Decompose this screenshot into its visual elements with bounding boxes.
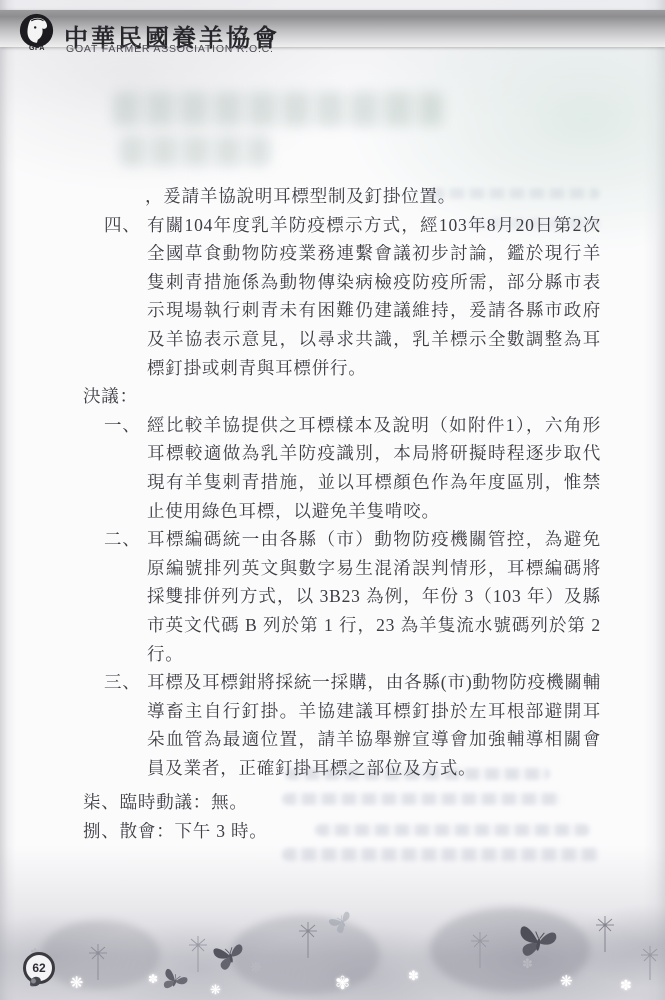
resolution-item-1-number: 一、 — [104, 411, 147, 525]
agenda-item-4-text: 有關104年度乳羊防疫標示方式，經103年8月20日第2次全國草食動物防疫業務連… — [147, 211, 601, 383]
floral-clump — [430, 907, 590, 992]
flower-sparkle-icon: ❋ — [70, 973, 83, 992]
agenda-item-4-number: 四、 — [104, 211, 147, 383]
gfa-goat-logo-icon — [19, 13, 54, 48]
resolution-item-3-number: 三、 — [104, 668, 147, 782]
dandelion-icon — [595, 914, 617, 958]
document-body: ，爰請羊協說明耳標型制及釘掛位置。 四、 有關104年度乳羊防疫標示方式，經10… — [83, 182, 601, 846]
bleedthrough-title-artifact — [113, 92, 443, 126]
dandelion-icon — [640, 944, 658, 980]
flower-sparkle-icon: ✽ — [620, 978, 632, 994]
dandelion-icon — [298, 920, 318, 960]
dandelion-icon — [188, 934, 208, 974]
resolution-heading: 決議： — [83, 382, 601, 411]
motions-line: 柒、臨時動議：無。 — [83, 788, 601, 817]
bleedthrough-text-artifact — [282, 848, 600, 861]
butterfly-icon — [211, 937, 250, 976]
resolution-item-3-text: 耳標及耳標鉗將採統一採購，由各縣(市)動物防疫機關輔導畜主自行釘掛。羊協建議耳標… — [147, 668, 601, 782]
butterfly-icon — [326, 906, 359, 939]
resolution-item-2-number: 二、 — [104, 525, 147, 668]
resolution-item-1: 一、 經比較羊協提供之耳標樣本及說明（如附件1），六角形耳標較適做為乳羊防疫識別… — [104, 411, 601, 525]
floral-clump — [40, 920, 160, 990]
flower-sparkle-icon: ✽ — [148, 972, 158, 986]
bleedthrough-title-artifact — [120, 136, 270, 166]
flower-sparkle-icon: ❋ — [250, 960, 262, 976]
scanned-document-page: GFA 中華民國養羊協會 GOAT FARMER ASSOCIATION R.O… — [0, 0, 665, 1000]
resolution-item-2: 二、 耳標編碼統一由各縣（市）動物防疫機關管控，為避免原編號排列英文與數字易生混… — [104, 525, 601, 668]
floral-clump — [230, 915, 380, 995]
flower-sparkle-icon: ✾ — [335, 973, 350, 994]
adjournment-line: 捌、散會：下午 3 時。 — [83, 817, 601, 846]
continuation-line: ，爰請羊協說明耳標型制及釘掛位置。 — [83, 182, 601, 211]
butterfly-icon — [158, 964, 192, 998]
flower-sparkle-icon: ❋ — [560, 972, 573, 990]
flower-sparkle-icon: ✽ — [408, 969, 419, 984]
resolution-item-2-text: 耳標編碼統一由各縣（市）動物防疫機關管控，為避免原編號排列英文與數字易生混淆誤判… — [147, 525, 601, 668]
resolution-item-3: 三、 耳標及耳標鉗將採統一採購，由各縣(市)動物防疫機關輔導畜主自行釘掛。羊協建… — [104, 668, 601, 782]
resolution-item-1-text: 經比較羊協提供之耳標樣本及說明（如附件1），六角形耳標較適做為乳羊防疫識別，本局… — [147, 411, 601, 525]
butterfly-icon — [515, 919, 560, 964]
dandelion-icon — [470, 930, 490, 970]
agenda-item-4: 四、 有關104年度乳羊防疫標示方式，經103年8月20日第2次全國草食動物防疫… — [104, 211, 601, 383]
org-name-english: GOAT FARMER ASSOCIATION R.O.C. — [66, 43, 274, 55]
flower-sparkle-icon: ❋ — [210, 983, 221, 998]
footer-floral-art: ❋ ✽ ❋ ✾ ✽ ✽ ❋ ✽ ✽ ❋ — [0, 845, 665, 1000]
dandelion-icon — [88, 942, 108, 982]
logo-abbr-label: GFA — [22, 45, 52, 52]
flower-sparkle-icon: ✽ — [522, 957, 533, 972]
